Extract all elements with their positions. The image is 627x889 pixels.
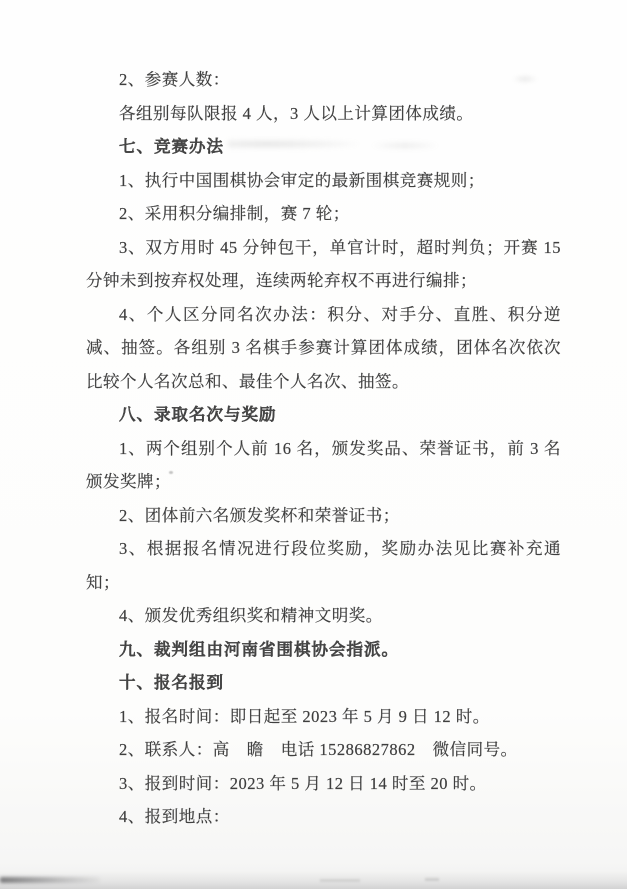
item-1-registration-deadline: 1、报名时间：即日起至 2023 年 5 月 9 日 12 时。 bbox=[86, 700, 561, 734]
scan-artifact-speckle bbox=[320, 879, 360, 882]
item-3-dan-promotion-rewards: 3、根据报名情况进行段位奖励，奖励办法见比赛补充通知； bbox=[86, 532, 561, 599]
scanned-document-page: 2、参赛人数： 各组别每队限报 4 人，3 人以上计算团体成绩。 七、竞赛办法 … bbox=[0, 0, 627, 889]
item-2-team-awards: 2、团体前六名颁发奖杯和荣誉证书； bbox=[86, 499, 561, 533]
item-4-tiebreak-method: 4、个人区分同名次办法：积分、对手分、直胜、积分逆减、抽签。各组别 3 名棋手参… bbox=[86, 298, 561, 399]
para-team-entry-limit: 各组别每队限报 4 人，3 人以上计算团体成绩。 bbox=[86, 97, 561, 131]
heading-8-ranking-awards: 八、录取名次与奖励 bbox=[86, 398, 561, 432]
scan-shadow-bottom-edge bbox=[0, 871, 627, 889]
item-1-individual-awards: 1、两个组别个人前 16 名，颁发奖品、荣誉证书，前 3 名颁发奖牌； bbox=[86, 432, 561, 499]
item-2-swiss-system: 2、采用积分编排制，赛 7 轮； bbox=[86, 197, 561, 231]
scan-shadow-bottom-left bbox=[0, 877, 100, 883]
heading-7-competition-rules: 七、竞赛办法 bbox=[86, 130, 561, 164]
heading-9-referee-assignment: 九、裁判组由河南省围棋协会指派。 bbox=[86, 633, 561, 667]
item-1-go-rules: 1、执行中国围棋协会审定的最新围棋竞赛规则； bbox=[86, 164, 561, 198]
item-2-contact-person: 2、联系人：高 瞻 电话 15286827862 微信同号。 bbox=[86, 733, 561, 767]
item-4-checkin-location: 4、报到地点： bbox=[86, 800, 561, 834]
item-3-checkin-time: 3、报到时间：2023 年 5 月 12 日 14 时至 20 时。 bbox=[86, 767, 561, 801]
scan-artifact-speckle bbox=[425, 878, 439, 881]
item-3-time-control: 3、双方用时 45 分钟包干，单官计时，超时判负；开赛 15 分钟未到按弃权处理… bbox=[86, 231, 561, 298]
item-2-participant-count: 2、参赛人数： bbox=[86, 63, 561, 97]
heading-10-registration: 十、报名报到 bbox=[86, 666, 561, 700]
document-body: 2、参赛人数： 各组别每队限报 4 人，3 人以上计算团体成绩。 七、竞赛办法 … bbox=[86, 63, 561, 834]
item-4-organization-awards: 4、颁发优秀组织奖和精神文明奖。 bbox=[86, 599, 561, 633]
